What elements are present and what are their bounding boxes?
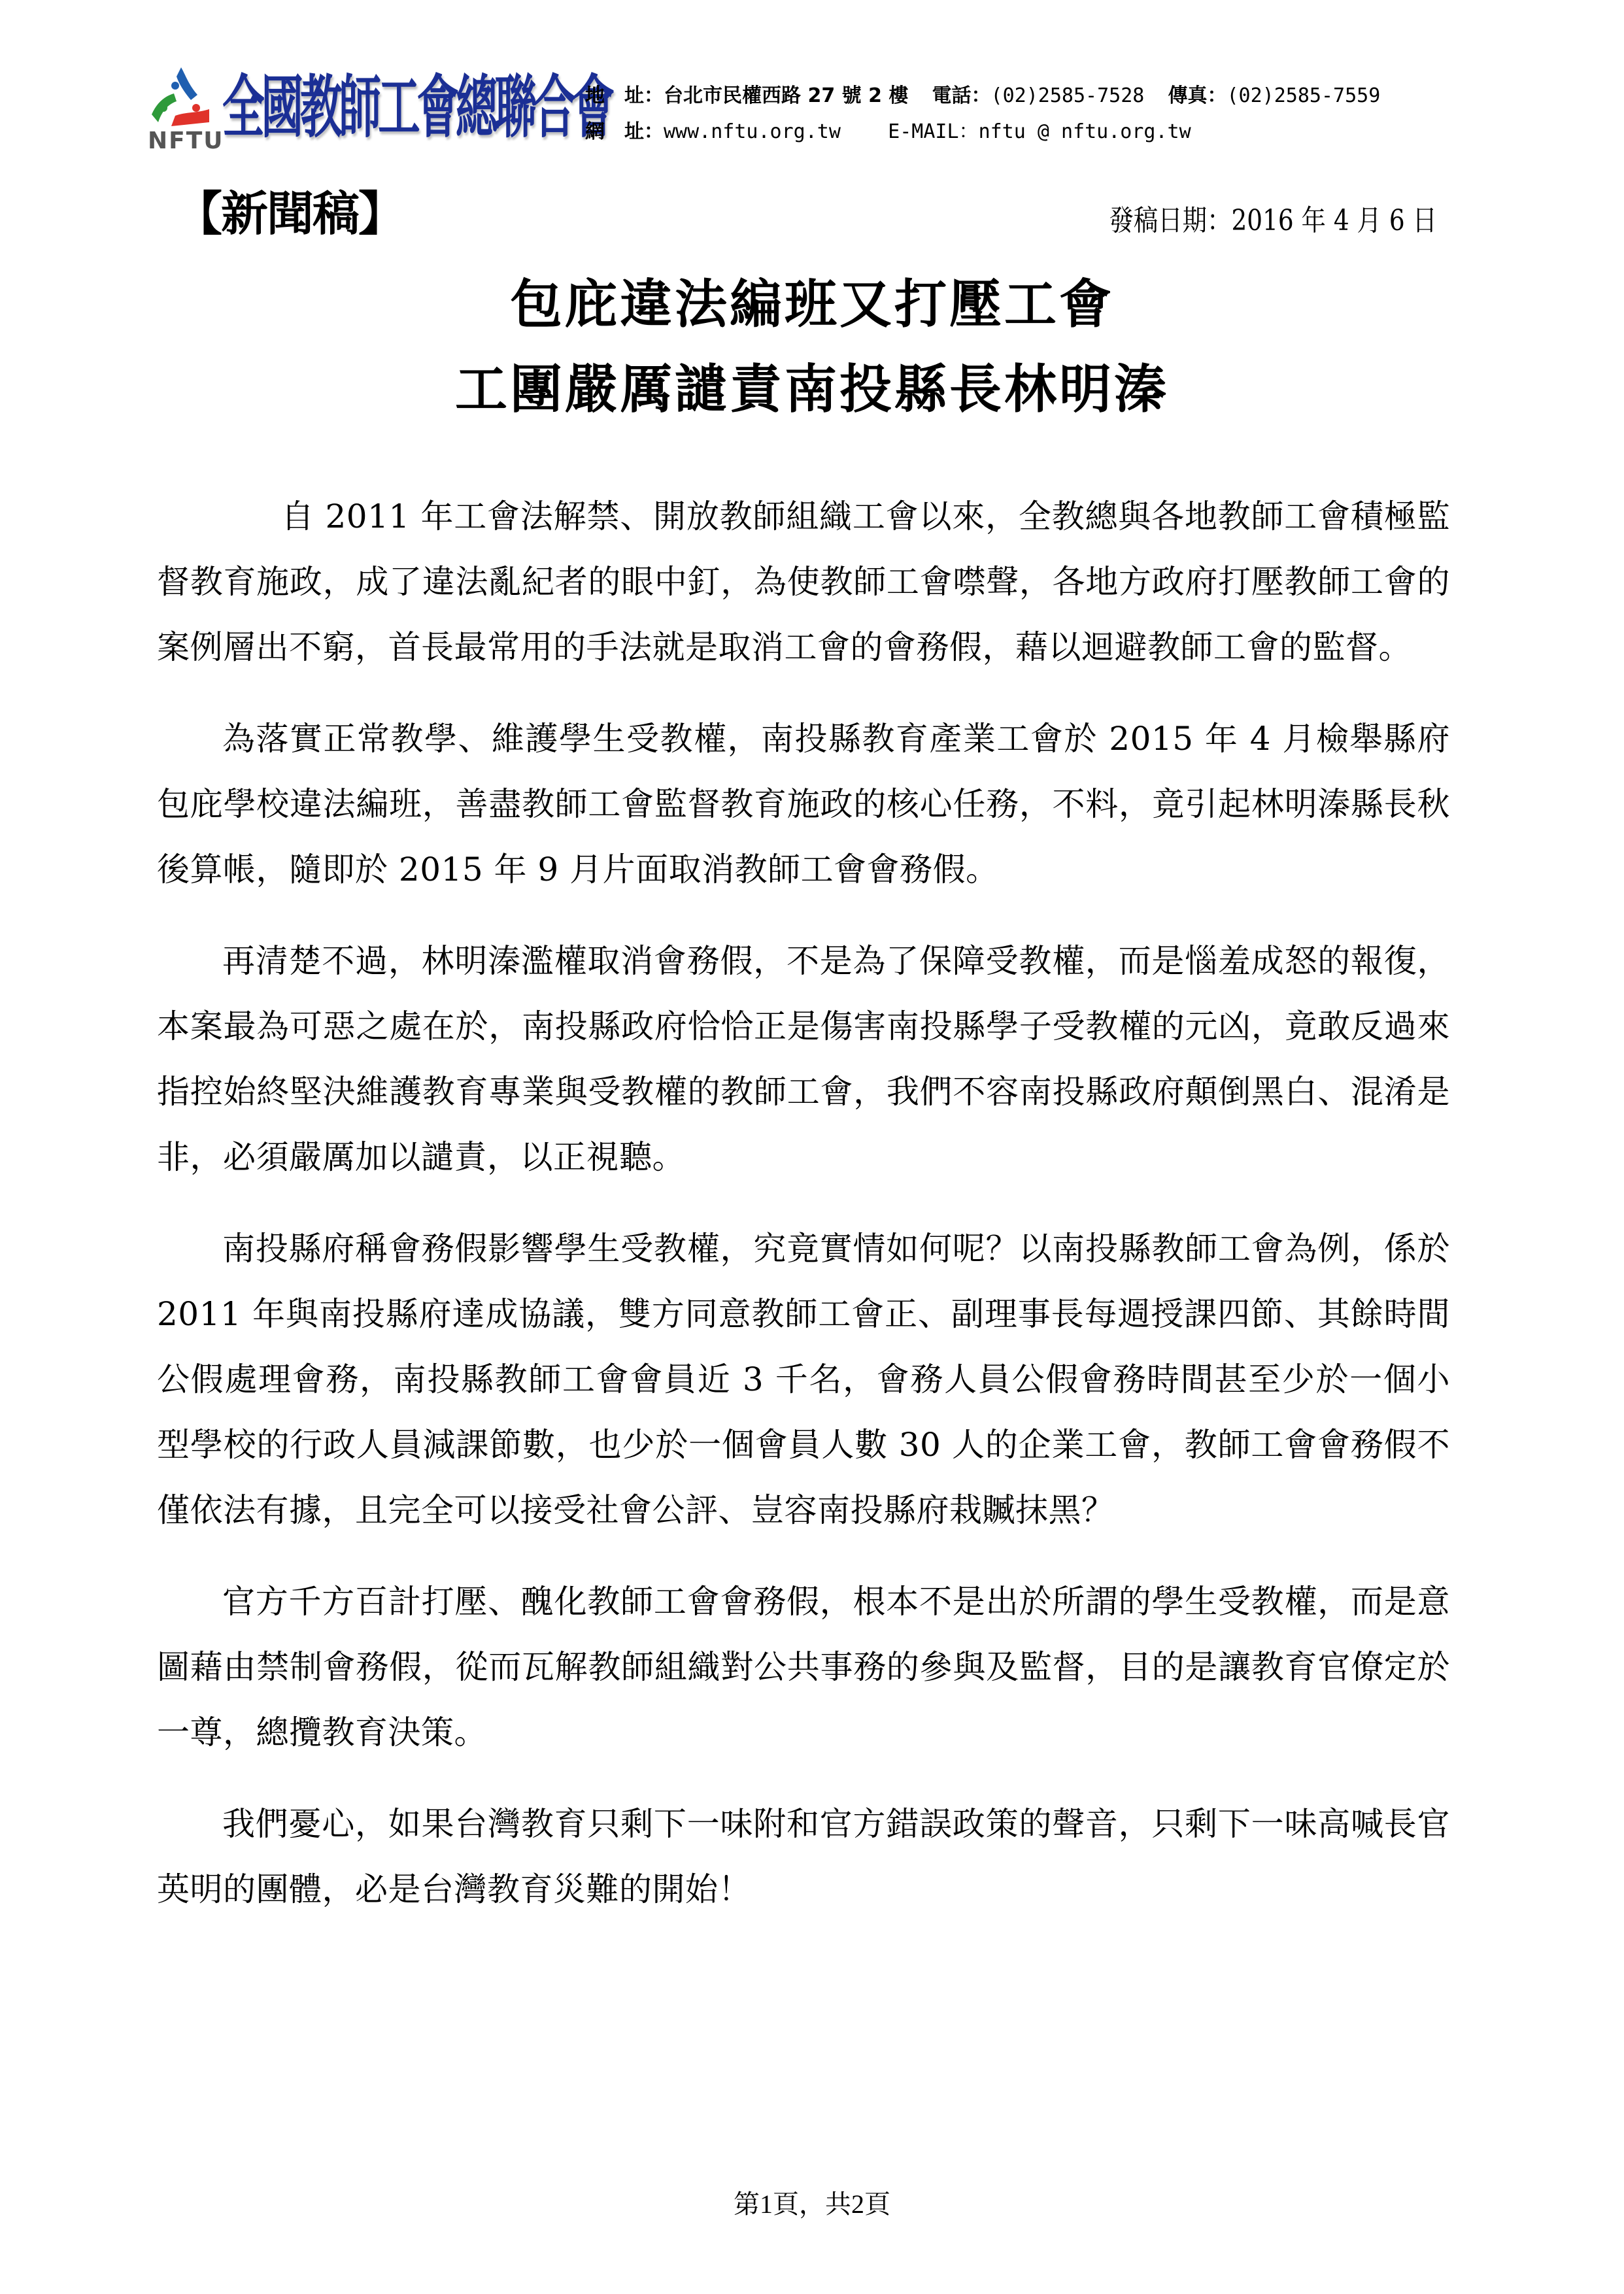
email-link[interactable]: nftu @ nftu.org.tw [979,120,1191,143]
paragraph: 自 2011 年工會法解禁、開放教師組織工會以來，全教總與各地教師工會積極監督教… [157,484,1450,680]
address-value: 台北市民權西路 27 號 2 樓 [664,84,908,107]
contact-line-address: 地 址：台北市民權西路 27 號 2 樓 電話：(02)2585-7528 傳真… [585,79,1380,108]
paragraph: 南投縣府稱會務假影響學生受教權，究竟實情如何呢？以南投縣教師工會為例，係於 20… [157,1216,1450,1543]
logo-abbreviation: NFTU [148,127,224,154]
nftu-logo: NFTU 全國教師工會總聯合會 [145,62,550,154]
page-indicator: 第1頁，共2頁 [0,2184,1624,2221]
paragraph: 我們憂心，如果台灣教育只剩下一味附和官方錯誤政策的聲音，只剩下一味高喊長官英明的… [157,1791,1450,1922]
email-label: E-MAIL： [888,120,978,143]
article-body: 自 2011 年工會法解禁、開放教師組織工會以來，全教總與各地教師工會積極監督教… [157,484,1450,1948]
fax-label: 傳真： [1168,84,1226,107]
fax-value: (02)2585-7559 [1226,84,1380,107]
headline-line-1: 包庇違法編班又打壓工會 [0,273,1624,336]
paragraph: 再清楚不過，林明溱濫權取消會務假，不是為了保障受教權，而是惱羞成怒的報復，本案最… [157,928,1450,1190]
website-link[interactable]: www.nftu.org.tw [664,120,841,143]
contact-line-web: 網 址：www.nftu.org.tw E-MAIL：nftu @ nftu.o… [585,115,1191,144]
website-label: 網 址： [585,120,664,143]
headline-line-2: 工團嚴厲譴責南投縣長林明溱 [0,358,1624,421]
organization-name: 全國教師工會總聯合會 [222,69,611,146]
phone-value: (02)2585-7528 [991,84,1145,107]
address-label: 地 址： [585,84,664,107]
release-date: 發稿日期：2016 年 4 月 6 日 [1109,203,1437,239]
press-release-label: 【新聞稿】 [175,186,404,242]
paragraph: 官方千方百計打壓、醜化教師工會會務假，根本不是出於所謂的學生受教權，而是意圖藉由… [157,1569,1450,1765]
phone-label: 電話： [932,84,991,107]
paragraph: 為落實正常教學、維護學生受教權，南投縣教育產業工會於 2015 年 4 月檢舉縣… [157,706,1450,902]
